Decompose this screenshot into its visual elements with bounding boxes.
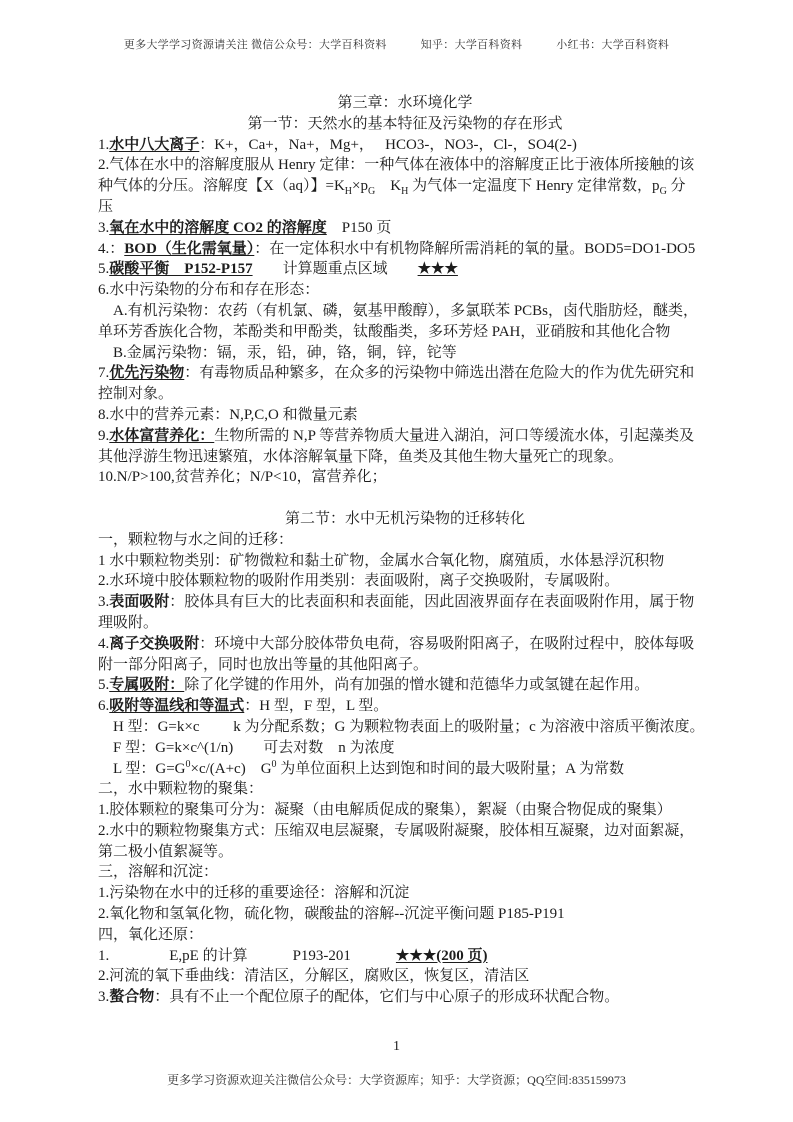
text-segment: 种气体的分压。溶解度【X（aq）】=K <box>98 178 345 194</box>
text-segment: 5. <box>98 261 109 277</box>
text-segment: 3. <box>98 594 109 610</box>
text-segment: 6. <box>98 698 109 714</box>
text-line: 3.氧在水中的溶解度 CO2 的溶解度 P150 页 <box>98 218 712 239</box>
key-term: 表面吸附 <box>109 594 169 610</box>
text-line: 7.优先污染物：有毒物质品种繁多，在众多的污染物中筛选出潜在危险大的作为优先研究… <box>98 363 712 384</box>
text-line: 一，颗粒物与水之间的迁移： <box>98 530 712 551</box>
key-term: 专属吸附： <box>109 677 184 693</box>
text-segment: 第二极小值絮凝等。 <box>98 844 233 860</box>
text-line: 1.胶体颗粒的聚集可分为：凝聚（由电解质促成的聚集），絮凝（由聚合物促成的聚集） <box>98 800 712 821</box>
text-line: 2.水环境中胶体颗粒物的吸附作用类别：表面吸附，离子交换吸附，专属吸附。 <box>98 571 712 592</box>
text-segment: 四，氧化还原： <box>98 927 203 943</box>
text-segment: 第一节：天然水的基本特征及污染物的存在形式 <box>247 116 562 132</box>
text-segment: 控制对象。 <box>98 386 173 402</box>
text-segment: G <box>660 186 667 197</box>
text-line: 三，溶解和沉淀： <box>98 862 712 883</box>
document-body: 第三章：水环境化学第一节：天然水的基本特征及污染物的存在形式1.水中八大离子：K… <box>98 93 712 1008</box>
text-segment: 第三章：水环境化学 <box>337 95 472 111</box>
key-term: 氧在水中的溶解度 CO2 的溶解度 <box>109 220 327 236</box>
text-line: 理吸附。 <box>98 613 712 634</box>
text-segment: 压 <box>98 199 113 215</box>
text-line: F 型：G=k×c^(1/n) 可去对数 n 为浓度 <box>98 738 712 759</box>
text-line <box>98 488 712 509</box>
text-line: 3.螯合物：具有不止一个配位原子的配体，它们与中心原子的形成环状配合物。 <box>98 987 712 1008</box>
key-term: 螯合物 <box>109 989 154 1005</box>
text-line: 二，水中颗粒物的聚集： <box>98 779 712 800</box>
text-segment: ：H 型，F 型，L 型。 <box>244 698 388 714</box>
page-footer-note: 更多学习资源欢迎关注微信公众号：大学资源库；知乎：大学资源；QQ空间:83515… <box>0 1071 793 1088</box>
text-line: 4.：BOD（生化需氧量）：在一定体积水中有机物降解所需消耗的氧的量。BOD5=… <box>98 239 712 260</box>
text-segment: 2.气体在水中的溶解度服从 Henry 定律：一种气体在液体中的溶解度正比于液体… <box>98 157 694 173</box>
text-segment: 为单位面积上达到饱和时间的最大吸附量；A 为常数 <box>277 761 625 777</box>
text-segment: H 型：G=k×c k 为分配系数；G 为颗粒物表面上的吸附量；c 为溶液中溶质… <box>98 719 705 735</box>
page-header-note: 更多大学学习资源请关注 微信公众号：大学百科资料 知乎：大学百科资料 小红书：大… <box>0 36 793 52</box>
text-line: 其他浮游生物迅速繁殖，水体溶解氧量下降，鱼类及其他生物大量死亡的现象。 <box>98 447 712 468</box>
text-line: 1.水中八大离子：K+，Ca+，Na+，Mg+， HCO3-，NO3-，Cl-，… <box>98 135 712 156</box>
text-segment: 1.污染物在水中的迁移的重要途径：溶解和沉淀 <box>98 885 409 901</box>
text-segment: K <box>375 178 401 194</box>
text-segment: ：胶体具有巨大的比表面积和表面能，因此固液界面存在表面吸附作用，属于物 <box>169 594 694 610</box>
text-segment: 第二节：水中无机污染物的迁移转化 <box>285 511 525 527</box>
text-segment: ：在一定体积水中有机物降解所需消耗的氧的量。BOD5=DO1-DO5 <box>254 241 695 257</box>
text-segment: H <box>345 186 352 197</box>
text-line: 第三章：水环境化学 <box>98 93 712 114</box>
key-term: 水中八大离子 <box>109 137 199 153</box>
text-segment: ：环境中大部分胶体带负电荷，容易吸附阳离子，在吸附过程中，胶体每吸 <box>199 636 694 652</box>
text-segment: ：具有不止一个配位原子的配体，它们与中心原子的形成环状配合物。 <box>154 989 619 1005</box>
text-segment: 3. <box>98 220 109 236</box>
text-segment: 2.河流的氧下垂曲线：清洁区，分解区，腐败区，恢复区，清洁区 <box>98 968 529 984</box>
text-line: 控制对象。 <box>98 384 712 405</box>
key-term: ★★★(200 页) <box>396 948 488 964</box>
text-segment: 4.： <box>98 241 124 257</box>
text-line: 6.吸附等温线和等温式：H 型，F 型，L 型。 <box>98 696 712 717</box>
key-term: 碳酸平衡 P152-P157 <box>109 261 252 277</box>
text-segment: 三，溶解和沉淀： <box>98 864 218 880</box>
text-line: 2.河流的氧下垂曲线：清洁区，分解区，腐败区，恢复区，清洁区 <box>98 966 712 987</box>
text-segment: 附一部分阳离子，同时也放出等量的其他阳离子。 <box>98 657 428 673</box>
text-segment: 1.胶体颗粒的聚集可分为：凝聚（由电解质促成的聚集），絮凝（由聚合物促成的聚集） <box>98 802 672 818</box>
key-term: 离子交换吸附 <box>109 636 199 652</box>
text-segment: P150 页 <box>327 220 392 236</box>
key-term: 水体富营养化： <box>109 428 214 444</box>
key-term: 优先污染物 <box>109 365 184 381</box>
text-line: 附一部分阳离子，同时也放出等量的其他阳离子。 <box>98 655 712 676</box>
text-line: 种气体的分压。溶解度【X（aq）】=KH×pG KH 为气体一定温度下 Henr… <box>98 176 712 197</box>
text-segment: A.有机污染物：农药（有机氯、磷，氨基甲酸醇），多氯联苯 PCBs，卤代脂肪烃，… <box>98 303 698 319</box>
text-segment: ：有毒物质品种繁多，在众多的污染物中筛选出潜在危险大的作为优先研究和 <box>184 365 694 381</box>
text-segment: 5. <box>98 677 109 693</box>
text-line: 3.表面吸附：胶体具有巨大的比表面积和表面能，因此固液界面存在表面吸附作用，属于… <box>98 592 712 613</box>
text-segment: 单环芳香族化合物，苯酚类和甲酚类，钛酸酯类，多环芳烃 PAH，亚硝胺和其他化合物 <box>98 324 670 340</box>
text-segment: F 型：G=k×c^(1/n) 可去对数 n 为浓度 <box>98 740 394 756</box>
text-segment: 为气体一定温度下 Henry 定律常数，p <box>408 178 659 194</box>
text-segment: L 型：G=G <box>98 761 185 777</box>
text-line: 5.碳酸平衡 P152-P157 计算题重点区域 ★★★ <box>98 259 712 280</box>
text-line: 10.N/P>100,贫营养化；N/P<10，富营养化； <box>98 467 712 488</box>
page-number: 1 <box>0 1039 793 1055</box>
key-term: 吸附等温线和等温式 <box>109 698 244 714</box>
text-segment: 分 <box>667 178 686 194</box>
text-segment: 二，水中颗粒物的聚集： <box>98 781 263 797</box>
text-line: 第二节：水中无机污染物的迁移转化 <box>98 509 712 530</box>
text-line: A.有机污染物：农药（有机氯、磷，氨基甲酸醇），多氯联苯 PCBs，卤代脂肪烃，… <box>98 301 712 322</box>
text-segment: 1. E,pE 的计算 P193-201 <box>98 948 396 964</box>
text-segment: 4. <box>98 636 109 652</box>
document-page: 更多大学学习资源请关注 微信公众号：大学百科资料 知乎：大学百科资料 小红书：大… <box>0 0 793 1122</box>
text-segment: ×c/(A+c) G <box>190 761 271 777</box>
text-line: H 型：G=k×c k 为分配系数；G 为颗粒物表面上的吸附量；c 为溶液中溶质… <box>98 717 712 738</box>
text-line: 4.离子交换吸附：环境中大部分胶体带负电荷，容易吸附阳离子，在吸附过程中，胶体每… <box>98 634 712 655</box>
text-segment: 其他浮游生物迅速繁殖，水体溶解氧量下降，鱼类及其他生物大量死亡的现象。 <box>98 449 623 465</box>
text-segment: 7. <box>98 365 109 381</box>
text-line: 1. E,pE 的计算 P193-201 ★★★(200 页) <box>98 946 712 967</box>
text-segment: 6.水中污染物的分布和存在形态： <box>98 282 319 298</box>
text-segment: 1 水中颗粒物类别：矿物微粒和黏土矿物，金属水合氧化物，腐殖质，水体悬浮沉积物 <box>98 553 664 569</box>
text-line: 2.气体在水中的溶解度服从 Henry 定律：一种气体在液体中的溶解度正比于液体… <box>98 155 712 176</box>
text-line: B.金属污染物：镉，汞，铅，砷，铬，铜，锌，铊等 <box>98 343 712 364</box>
text-segment: 生物所需的 N,P 等营养物质大量进入湖泊，河口等缓流水体，引起藻类及 <box>214 428 694 444</box>
text-line: 1 水中颗粒物类别：矿物微粒和黏土矿物，金属水合氧化物，腐殖质，水体悬浮沉积物 <box>98 551 712 572</box>
text-line: 压 <box>98 197 712 218</box>
text-segment: 2.氧化物和氢氧化物，硫化物，碳酸盐的溶解--沉淀平衡问题 P185-P191 <box>98 906 565 922</box>
text-segment: ×p <box>352 178 368 194</box>
text-segment: 3. <box>98 989 109 1005</box>
text-line: L 型：G=G0×c/(A+c) G0 为单位面积上达到饱和时间的最大吸附量；A… <box>98 759 712 780</box>
text-line: 单环芳香族化合物，苯酚类和甲酚类，钛酸酯类，多环芳烃 PAH，亚硝胺和其他化合物 <box>98 322 712 343</box>
text-segment: 2.水中的颗粒物聚集方式：压缩双电层凝聚，专属吸附凝聚，胶体相互凝聚，边对面絮凝… <box>98 823 694 839</box>
text-segment: 计算题重点区域 <box>253 261 418 277</box>
text-line: 2.水中的颗粒物聚集方式：压缩双电层凝聚，专属吸附凝聚，胶体相互凝聚，边对面絮凝… <box>98 821 712 842</box>
text-line: 9.水体富营养化：生物所需的 N,P 等营养物质大量进入湖泊，河口等缓流水体，引… <box>98 426 712 447</box>
text-line: 第二极小值絮凝等。 <box>98 842 712 863</box>
text-segment: 8.水中的营养元素：N,P,C,O 和微量元素 <box>98 407 358 423</box>
text-line: 四，氧化还原： <box>98 925 712 946</box>
text-segment: 理吸附。 <box>98 615 158 631</box>
text-line: 第一节：天然水的基本特征及污染物的存在形式 <box>98 114 712 135</box>
key-term: BOD（生化需氧量） <box>124 241 254 257</box>
text-segment: 除了化学键的作用外，尚有加强的憎水键和范德华力或氢键在起作用。 <box>184 677 649 693</box>
text-line: 1.污染物在水中的迁移的重要途径：溶解和沉淀 <box>98 883 712 904</box>
text-segment: ：K+，Ca+，Na+，Mg+， HCO3-，NO3-，Cl-，SO4(2-) <box>199 137 577 153</box>
text-segment: 1. <box>98 137 109 153</box>
text-line: 2.氧化物和氢氧化物，硫化物，碳酸盐的溶解--沉淀平衡问题 P185-P191 <box>98 904 712 925</box>
text-segment: B.金属污染物：镉，汞，铅，砷，铬，铜，锌，铊等 <box>98 345 457 361</box>
text-segment: 9. <box>98 428 109 444</box>
text-segment: 10.N/P>100,贫营养化；N/P<10，富营养化； <box>98 469 387 485</box>
text-line: 6.水中污染物的分布和存在形态： <box>98 280 712 301</box>
text-line: 5.专属吸附：除了化学键的作用外，尚有加强的憎水键和范德华力或氢键在起作用。 <box>98 675 712 696</box>
key-term: ★★★ <box>418 261 458 277</box>
text-line: 8.水中的营养元素：N,P,C,O 和微量元素 <box>98 405 712 426</box>
text-segment: 2.水环境中胶体颗粒物的吸附作用类别：表面吸附，离子交换吸附，专属吸附。 <box>98 573 619 589</box>
text-segment: 一，颗粒物与水之间的迁移： <box>98 532 293 548</box>
